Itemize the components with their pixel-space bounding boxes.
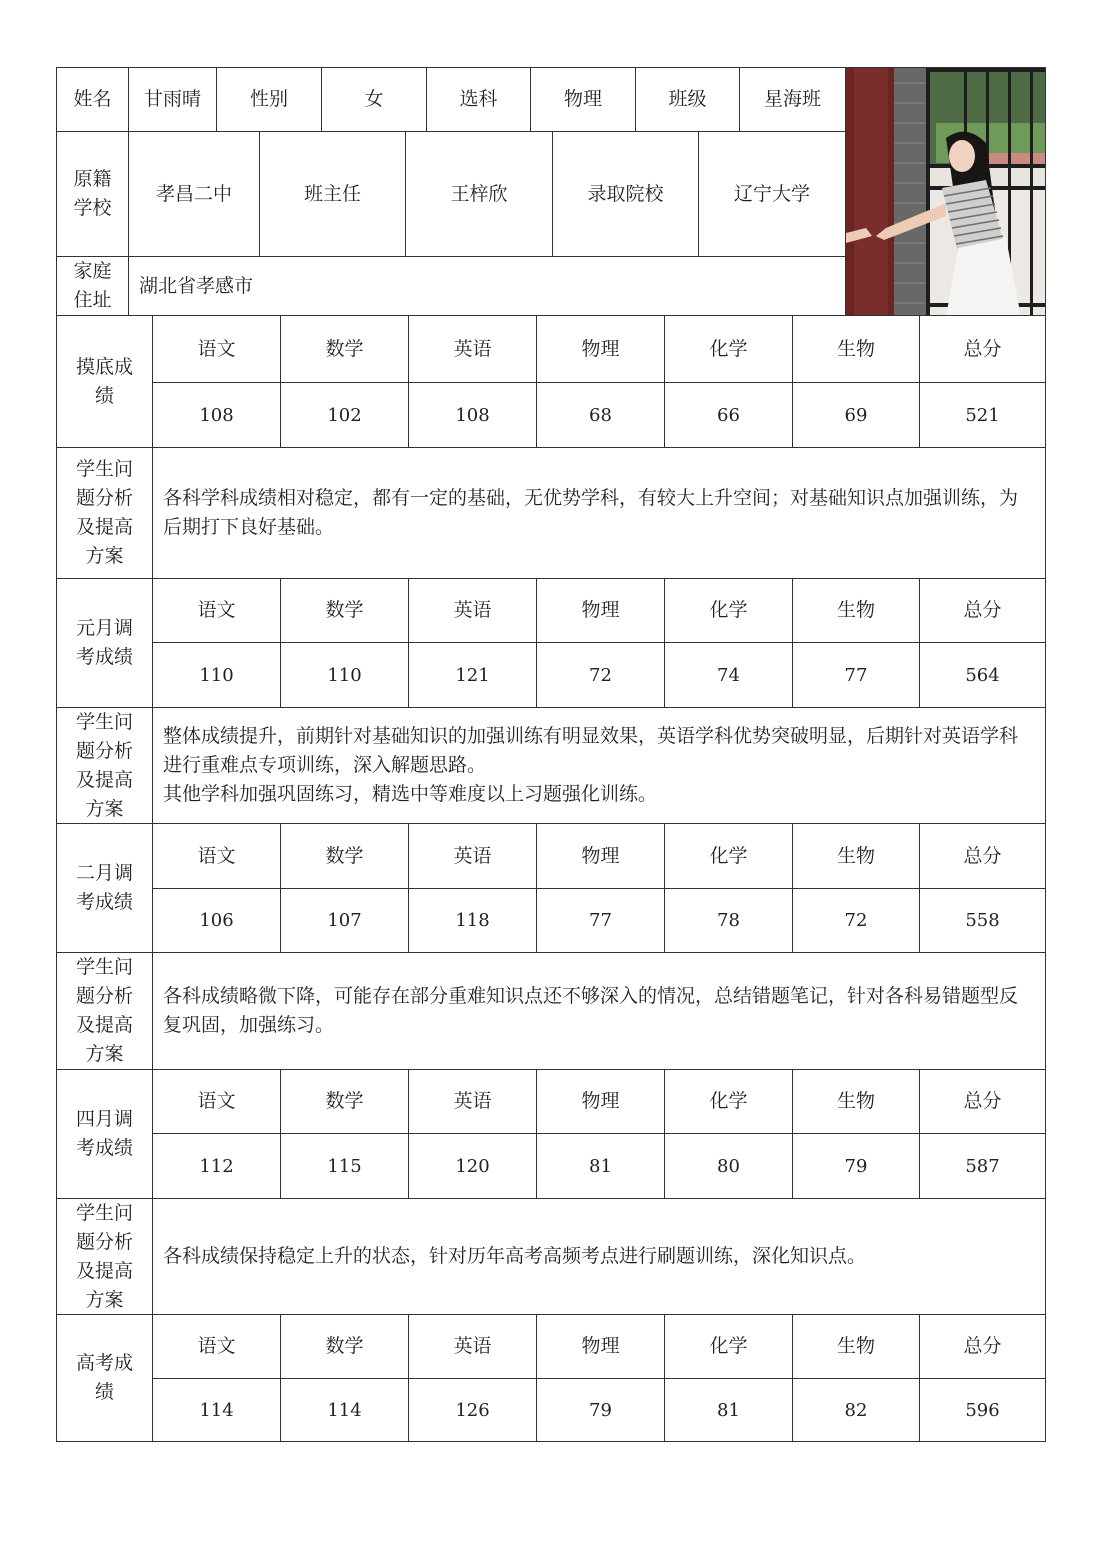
subject-header-text: 物理 xyxy=(581,335,619,364)
subject-header-text: 化学 xyxy=(709,335,747,364)
score-cell: 102 xyxy=(280,382,409,448)
subject-header: 总分 xyxy=(919,315,1046,383)
subject-header-text: 化学 xyxy=(709,1087,747,1116)
subject-header: 化学 xyxy=(664,578,793,643)
exam-label-gaokao: 高考成绩 xyxy=(56,1314,153,1442)
subject-header-text: 数学 xyxy=(325,842,363,871)
analysis-text-content: 各科学科成绩相对稳定，都有一定的基础，无优势学科，有较大上升空间；对基础知识点加… xyxy=(163,484,1035,542)
score-value: 80 xyxy=(717,1152,740,1181)
subject-header: 物理 xyxy=(536,578,665,643)
subject-header: 生物 xyxy=(792,823,920,889)
subject-header: 语文 xyxy=(152,823,281,889)
score-cell: 72 xyxy=(536,642,665,708)
score-cell: 69 xyxy=(792,382,920,448)
subject-header-text: 语文 xyxy=(197,335,235,364)
subject-header-text: 英语 xyxy=(453,1087,491,1116)
subject-header: 物理 xyxy=(536,1069,665,1134)
score-value: 596 xyxy=(965,1396,999,1425)
subject-header: 生物 xyxy=(792,1314,920,1379)
subject-header-text: 语文 xyxy=(197,842,235,871)
score-value: 106 xyxy=(199,906,233,935)
score-value: 587 xyxy=(965,1152,999,1181)
score-value: 108 xyxy=(455,401,489,430)
analysis-text-content: 整体成绩提升，前期针对基础知识的加强训练有明显效果，英语学科优势突破明显，后期针… xyxy=(163,722,1035,809)
exam-label-february: 二月调考成绩 xyxy=(56,823,153,953)
score-cell: 107 xyxy=(280,888,409,953)
subject-header: 语文 xyxy=(152,315,281,383)
subject-header: 化学 xyxy=(664,823,793,889)
score-value: 114 xyxy=(327,1396,361,1425)
analysis-text: 各科成绩略微下降，可能存在部分重难知识点还不够深入的情况，总结错题笔记，针对各科… xyxy=(152,952,1046,1070)
address-value: 湖北省孝感市 xyxy=(128,256,846,316)
analysis-label-text: 学生问题分析及提高方案 xyxy=(72,953,138,1069)
student-photo-icon xyxy=(846,68,1046,316)
subject-header-text: 数学 xyxy=(325,1332,363,1361)
subject-header: 生物 xyxy=(792,1069,920,1134)
subject-header: 物理 xyxy=(536,1314,665,1379)
score-value: 120 xyxy=(455,1152,489,1181)
exam-label-text: 元月调考成绩 xyxy=(72,614,138,672)
score-cell-total: 521 xyxy=(919,382,1046,448)
analysis-label-text: 学生问题分析及提高方案 xyxy=(72,708,138,824)
subject-header: 总分 xyxy=(919,578,1046,643)
score-value: 564 xyxy=(965,661,999,690)
subject-header-text: 物理 xyxy=(581,1087,619,1116)
elective-value-text: 物理 xyxy=(564,85,602,114)
subject-header-text: 化学 xyxy=(709,596,747,625)
class-label-text: 班级 xyxy=(668,85,706,114)
subject-header: 语文 xyxy=(152,1069,281,1134)
subject-header-text: 化学 xyxy=(709,1332,747,1361)
head-teacher-label-text: 班主任 xyxy=(304,180,361,209)
subject-header-text: 总分 xyxy=(963,335,1001,364)
score-cell: 77 xyxy=(792,642,920,708)
score-value: 72 xyxy=(845,906,868,935)
score-cell: 110 xyxy=(280,642,409,708)
class-value-text: 星海班 xyxy=(764,85,821,114)
score-value: 521 xyxy=(965,401,999,430)
analysis-text-content: 各科成绩略微下降，可能存在部分重难知识点还不够深入的情况，总结错题笔记，针对各科… xyxy=(163,982,1035,1040)
score-value: 72 xyxy=(589,661,612,690)
origin-school-label-text: 原籍学校 xyxy=(70,165,116,223)
subject-header-text: 语文 xyxy=(197,1332,235,1361)
subject-header-text: 总分 xyxy=(963,842,1001,871)
score-value: 77 xyxy=(589,906,612,935)
score-cell: 114 xyxy=(280,1378,409,1442)
score-value: 79 xyxy=(589,1396,612,1425)
admitted-label: 录取院校 xyxy=(552,131,699,257)
score-value: 558 xyxy=(965,906,999,935)
score-cell: 108 xyxy=(408,382,537,448)
score-cell-total: 558 xyxy=(919,888,1046,953)
subject-header: 数学 xyxy=(280,578,409,643)
score-cell: 82 xyxy=(792,1378,920,1442)
score-value: 102 xyxy=(327,401,361,430)
subject-header-text: 英语 xyxy=(453,842,491,871)
subject-header-text: 数学 xyxy=(325,335,363,364)
score-cell-total: 587 xyxy=(919,1133,1046,1199)
subject-header-text: 生物 xyxy=(837,842,875,871)
address-label-text: 家庭住址 xyxy=(70,257,116,315)
score-value: 77 xyxy=(845,661,868,690)
analysis-label: 学生问题分析及提高方案 xyxy=(56,952,153,1070)
name-label: 姓名 xyxy=(56,67,129,132)
admitted-value: 辽宁大学 xyxy=(698,131,846,257)
score-value: 74 xyxy=(717,661,740,690)
score-value: 79 xyxy=(845,1152,868,1181)
analysis-text: 整体成绩提升，前期针对基础知识的加强训练有明显效果，英语学科优势突破明显，后期针… xyxy=(152,707,1046,824)
subject-header-text: 物理 xyxy=(581,596,619,625)
analysis-text: 各科成绩保持稳定上升的状态，针对历年高考高频考点进行刷题训练，深化知识点。 xyxy=(152,1198,1046,1315)
address-label: 家庭住址 xyxy=(56,256,129,316)
subject-header-text: 总分 xyxy=(963,596,1001,625)
class-label: 班级 xyxy=(635,67,740,132)
subject-header: 生物 xyxy=(792,578,920,643)
subject-header: 总分 xyxy=(919,1069,1046,1134)
score-cell: 81 xyxy=(664,1378,793,1442)
analysis-label: 学生问题分析及提高方案 xyxy=(56,447,153,579)
score-cell: 79 xyxy=(536,1378,665,1442)
analysis-text: 各科学科成绩相对稳定，都有一定的基础，无优势学科，有较大上升空间；对基础知识点加… xyxy=(152,447,1046,579)
subject-header-text: 生物 xyxy=(837,596,875,625)
address-value-text: 湖北省孝感市 xyxy=(139,272,253,301)
subject-header: 总分 xyxy=(919,823,1046,889)
analysis-label: 学生问题分析及提高方案 xyxy=(56,707,153,824)
score-value: 66 xyxy=(717,401,740,430)
subject-header: 化学 xyxy=(664,315,793,383)
gender-value-text: 女 xyxy=(364,85,383,114)
subject-header-text: 英语 xyxy=(453,596,491,625)
analysis-label-text: 学生问题分析及提高方案 xyxy=(72,455,138,571)
origin-school-value: 孝昌二中 xyxy=(128,131,260,257)
subject-header-text: 语文 xyxy=(197,596,235,625)
score-value: 107 xyxy=(327,906,361,935)
score-cell: 66 xyxy=(664,382,793,448)
score-cell: 72 xyxy=(792,888,920,953)
score-cell-total: 564 xyxy=(919,642,1046,708)
subject-header: 数学 xyxy=(280,1069,409,1134)
gender-label: 性别 xyxy=(216,67,322,132)
subject-header-text: 生物 xyxy=(837,1332,875,1361)
class-value: 星海班 xyxy=(739,67,846,132)
score-cell: 80 xyxy=(664,1133,793,1199)
subject-header: 数学 xyxy=(280,315,409,383)
score-cell: 108 xyxy=(152,382,281,448)
head-teacher-value-text: 王梓欣 xyxy=(450,180,507,209)
exam-label-text: 二月调考成绩 xyxy=(72,859,138,917)
subject-header-text: 物理 xyxy=(581,842,619,871)
subject-header-text: 数学 xyxy=(325,596,363,625)
score-cell: 106 xyxy=(152,888,281,953)
subject-header-text: 英语 xyxy=(453,1332,491,1361)
subject-header-text: 生物 xyxy=(837,335,875,364)
score-value: 108 xyxy=(199,401,233,430)
score-value: 115 xyxy=(327,1152,361,1181)
subject-header: 数学 xyxy=(280,823,409,889)
head-teacher-value: 王梓欣 xyxy=(405,131,553,257)
head-teacher-label: 班主任 xyxy=(259,131,406,257)
gender-value: 女 xyxy=(321,67,427,132)
subject-header: 语文 xyxy=(152,578,281,643)
subject-header: 物理 xyxy=(536,315,665,383)
exam-label-text: 摸底成绩 xyxy=(72,353,138,411)
score-value: 69 xyxy=(845,401,868,430)
score-cell: 81 xyxy=(536,1133,665,1199)
subject-header: 生物 xyxy=(792,315,920,383)
score-value: 110 xyxy=(199,661,233,690)
name-label-text: 姓名 xyxy=(73,85,111,114)
subject-header: 英语 xyxy=(408,578,537,643)
score-value: 110 xyxy=(327,661,361,690)
exam-label-january: 元月调考成绩 xyxy=(56,578,153,708)
score-value: 82 xyxy=(845,1396,868,1425)
score-cell: 120 xyxy=(408,1133,537,1199)
analysis-text-content: 各科成绩保持稳定上升的状态，针对历年高考高频考点进行刷题训练，深化知识点。 xyxy=(163,1242,866,1271)
name-value: 甘雨晴 xyxy=(128,67,217,132)
name-value-text: 甘雨晴 xyxy=(144,85,201,114)
exam-label-baseline: 摸底成绩 xyxy=(56,315,153,448)
score-value: 68 xyxy=(589,401,612,430)
exam-label-text: 四月调考成绩 xyxy=(72,1105,138,1163)
score-cell: 115 xyxy=(280,1133,409,1199)
score-value: 126 xyxy=(455,1396,489,1425)
score-cell: 112 xyxy=(152,1133,281,1199)
score-cell: 110 xyxy=(152,642,281,708)
score-cell-total: 596 xyxy=(919,1378,1046,1442)
subject-header-text: 物理 xyxy=(581,1332,619,1361)
score-value: 78 xyxy=(717,906,740,935)
score-value: 112 xyxy=(199,1152,233,1181)
subject-header: 总分 xyxy=(919,1314,1046,1379)
score-cell: 68 xyxy=(536,382,665,448)
subject-header: 物理 xyxy=(536,823,665,889)
exam-label-text: 高考成绩 xyxy=(72,1349,138,1407)
score-cell: 74 xyxy=(664,642,793,708)
subject-header-text: 总分 xyxy=(963,1087,1001,1116)
subject-header: 英语 xyxy=(408,823,537,889)
score-value: 114 xyxy=(199,1396,233,1425)
score-cell: 114 xyxy=(152,1378,281,1442)
score-cell: 77 xyxy=(536,888,665,953)
score-value: 81 xyxy=(717,1396,740,1425)
origin-school-value-text: 孝昌二中 xyxy=(156,180,232,209)
analysis-label: 学生问题分析及提高方案 xyxy=(56,1198,153,1315)
student-photo xyxy=(845,67,1046,316)
subject-header-text: 生物 xyxy=(837,1087,875,1116)
elective-value: 物理 xyxy=(530,67,636,132)
score-value: 121 xyxy=(455,661,489,690)
subject-header-text: 数学 xyxy=(325,1087,363,1116)
score-cell: 121 xyxy=(408,642,537,708)
admitted-label-text: 录取院校 xyxy=(587,180,663,209)
elective-label-text: 选科 xyxy=(459,85,497,114)
admitted-value-text: 辽宁大学 xyxy=(734,180,810,209)
subject-header: 英语 xyxy=(408,1069,537,1134)
score-cell: 126 xyxy=(408,1378,537,1442)
subject-header: 数学 xyxy=(280,1314,409,1379)
score-value: 118 xyxy=(455,906,489,935)
origin-school-label: 原籍学校 xyxy=(56,131,129,257)
exam-label-april: 四月调考成绩 xyxy=(56,1069,153,1199)
analysis-label-text: 学生问题分析及提高方案 xyxy=(72,1199,138,1315)
subject-header: 英语 xyxy=(408,315,537,383)
score-cell: 118 xyxy=(408,888,537,953)
elective-label: 选科 xyxy=(426,67,531,132)
student-record-page: 姓名 甘雨晴 性别 女 选科 物理 班级 星海班 xyxy=(0,0,1102,1559)
subject-header: 化学 xyxy=(664,1069,793,1134)
subject-header-text: 英语 xyxy=(453,335,491,364)
score-cell: 79 xyxy=(792,1133,920,1199)
subject-header: 语文 xyxy=(152,1314,281,1379)
subject-header: 英语 xyxy=(408,1314,537,1379)
subject-header-text: 化学 xyxy=(709,842,747,871)
gender-label-text: 性别 xyxy=(250,85,288,114)
subject-header-text: 语文 xyxy=(197,1087,235,1116)
subject-header: 化学 xyxy=(664,1314,793,1379)
score-cell: 78 xyxy=(664,888,793,953)
score-value: 81 xyxy=(589,1152,612,1181)
subject-header-text: 总分 xyxy=(963,1332,1001,1361)
